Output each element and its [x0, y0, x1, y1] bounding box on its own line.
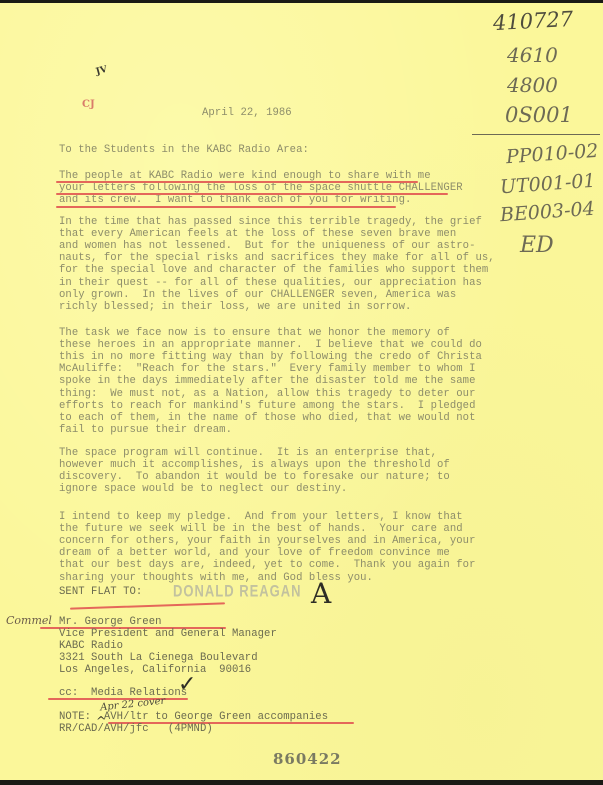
paragraph-line: and its crew. I want to thank each of yo…: [59, 194, 411, 206]
red-underline: [56, 206, 396, 208]
handwritten-mark: A: [311, 577, 331, 610]
recipient-city: Los Angeles, California 90016: [59, 664, 251, 676]
handwritten-code: 4610: [507, 43, 558, 67]
red-underline: [56, 193, 448, 195]
paragraph-line: the future we seek will be in the best o…: [59, 523, 463, 535]
paragraph-line: richly blessed; in their loss, we are un…: [59, 301, 411, 313]
paragraph-line: McAuliffe: "Reach for the stars." Every …: [59, 363, 475, 375]
recipient-title: Vice President and General Manager: [59, 628, 277, 640]
handwritten-code: UT001-01: [499, 170, 596, 199]
paragraph-line: that our best days are, indeed, yet to c…: [59, 559, 475, 571]
check-mark-icon: ✓: [178, 672, 196, 697]
handwritten-code: 0S001: [505, 103, 573, 127]
handwritten-annotation: Commel: [6, 614, 52, 627]
initials-stamp: JV: [95, 65, 108, 78]
handwritten-code: BE003-04: [499, 198, 595, 227]
sent-flat-label: SENT FLAT TO:: [59, 586, 142, 598]
paragraph-line: The task we face now is to ensure that w…: [59, 327, 450, 339]
initials-red: CJ: [82, 99, 95, 110]
document-number: 860422: [273, 750, 342, 768]
recipient-org: KABC Radio: [59, 640, 123, 652]
paragraph-line: discovery. To abandon it would be to for…: [59, 471, 450, 483]
signature-stamp: DONALD REAGAN: [173, 581, 302, 601]
handwritten-code: ED: [520, 233, 554, 258]
paragraph-line: spoke in the days immediately after the …: [59, 375, 475, 387]
paragraph-line: in their quest -- for all of these quali…: [59, 277, 482, 289]
handwritten-code: 410727: [492, 7, 573, 35]
letter-page: 410727 4610 4800 0S001 PP010-02 UT001-01…: [0, 3, 603, 780]
paragraph-line: efforts to reach for mankind's future am…: [59, 400, 475, 412]
salutation: To the Students in the KABC Radio Area:: [59, 144, 309, 156]
paragraph-line: concern for others, your faith in yourse…: [59, 535, 475, 547]
paragraph-line: dream of a better world, and your love o…: [59, 547, 450, 559]
paragraph-line: to each of them, in the name of those wh…: [59, 412, 475, 424]
paragraph-line: only grown. In the lives of our CHALLENG…: [59, 289, 456, 301]
paragraph-line: I intend to keep my pledge. And from you…: [59, 511, 463, 523]
paragraph-line: these heroes in an appropriate manner. I…: [59, 339, 482, 351]
letter-date: April 22, 1986: [202, 107, 292, 119]
handwritten-code: PP010-02: [505, 140, 599, 168]
paragraph-line: however much it accomplishes, is always …: [59, 459, 450, 471]
paragraph-line: thing: We must not, as a Nation, allow t…: [59, 388, 475, 400]
paragraph-line: The space program will continue. It is a…: [59, 447, 437, 459]
paragraph-line: and women has not lessened. But for the …: [59, 240, 475, 252]
handwritten-divider: [472, 134, 600, 135]
paragraph-line: ignore space would be to neglect our des…: [59, 483, 347, 495]
paragraph-line: for the special love and character of th…: [59, 264, 488, 276]
red-underline: [70, 602, 225, 609]
recipient-street: 3321 South La Cienega Boulevard: [59, 652, 258, 664]
red-underline: [56, 181, 418, 183]
paragraph-line: In the time that has passed since this t…: [59, 216, 482, 228]
paragraph-line: nauts, for the special risks and sacrifi…: [59, 252, 495, 264]
handwritten-code: 4800: [507, 73, 558, 97]
routing-line: RR/CAD/AVH/jfc (4PMND): [59, 723, 213, 735]
paragraph-line: that every American feels at the loss of…: [59, 228, 456, 240]
red-underline: [48, 698, 188, 700]
paragraph-line: this in no more fitting way than by foll…: [59, 351, 482, 363]
paragraph-line: fail to pursue their dream.: [59, 424, 232, 436]
